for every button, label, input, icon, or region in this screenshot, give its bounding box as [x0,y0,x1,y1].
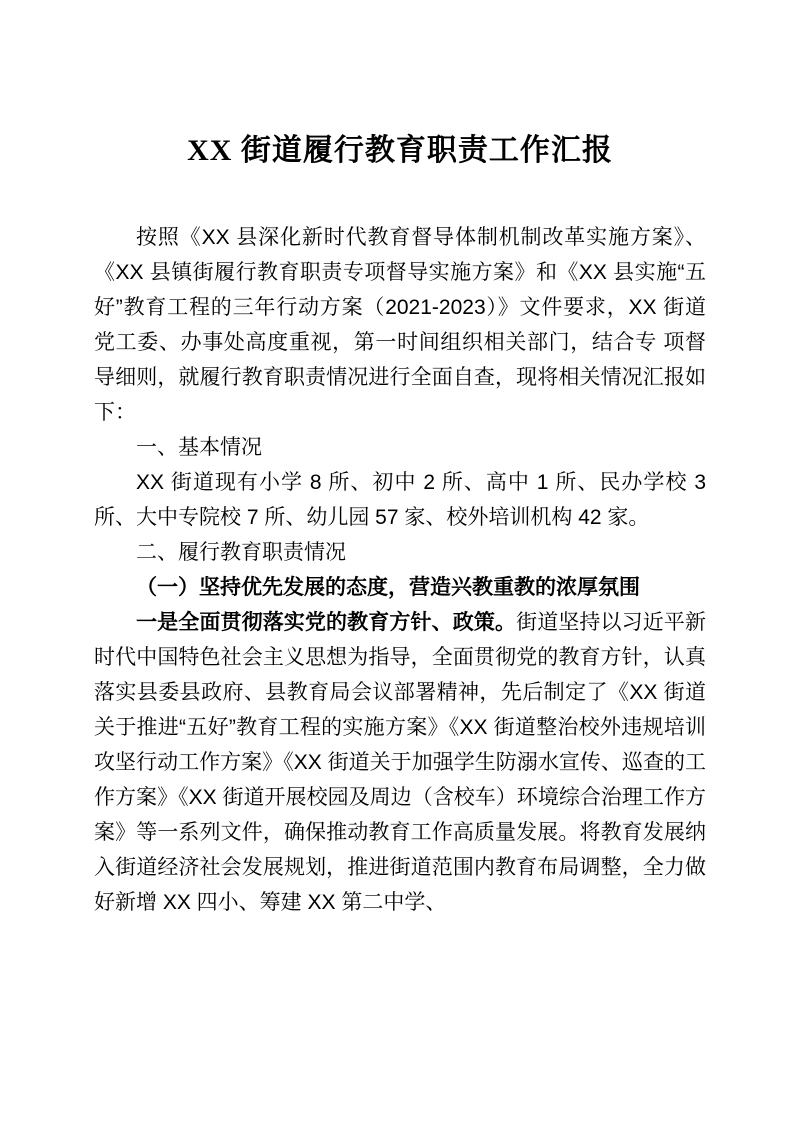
heading-section-1: 一、基本情况 [94,430,706,465]
bold-lead-sentence: 一是全面贯彻落实党的教育方针、政策。 [136,611,516,634]
heading-subsection-1: （一）坚持优先发展的态度，营造兴教重教的浓厚氛围 [94,570,706,605]
document-page: XX 街道履行教育职责工作汇报 按照《XX 县深化新时代教育督导体制机制改革实施… [0,0,794,1122]
document-body: 按照《XX 县深化新时代教育督导体制机制改革实施方案》、《XX 县镇街履行教育职… [94,220,706,920]
paragraph-basic-info: XX 街道现有小学 8 所、初中 2 所、高中 1 所、民办学校 3 所、大中专… [94,465,706,535]
implementation-text: 街道坚持以习近平新时代中国特色社会主义思想为指导，全面贯彻党的教育方针，认真落实… [94,611,706,914]
paragraph-intro: 按照《XX 县深化新时代教育督导体制机制改革实施方案》、《XX 县镇街履行教育职… [94,220,706,430]
paragraph-implementation: 一是全面贯彻落实党的教育方针、政策。街道坚持以习近平新时代中国特色社会主义思想为… [94,605,706,920]
document-title: XX 街道履行教育职责工作汇报 [94,131,706,171]
heading-section-2: 二、履行教育职责情况 [94,535,706,570]
